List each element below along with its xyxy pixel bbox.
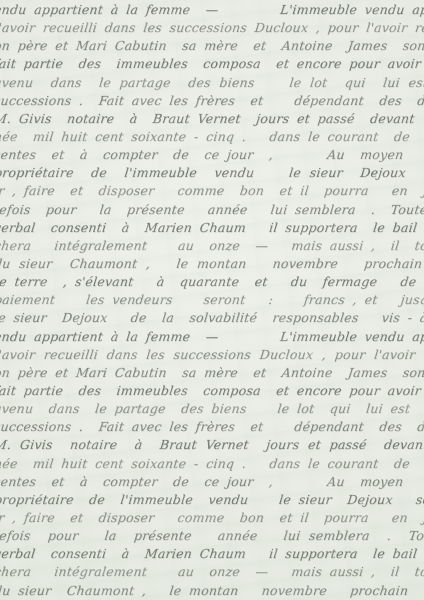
manuscript-line: fait partie des immeubles composa et enc… [0, 55, 424, 73]
manuscript-line: ir , faire et disposer comme bon et il p… [0, 182, 424, 200]
manuscript-line: du sieur Chaumont , le montan novembre p… [0, 255, 424, 273]
manuscript-text: endu appartient à la femme — L'immeuble … [0, 1, 424, 600]
manuscript-line: l'avoir recueilli dans les successions D… [0, 19, 424, 37]
manuscript-line: chera intégralement au onze — mais aussi… [0, 563, 424, 581]
manuscript-line: avenu dans le partage des biens le lot q… [0, 400, 424, 418]
manuscript-line: successions . Fait avec les frères et dé… [0, 418, 424, 436]
manuscript-line: te terre , s'élevant à quarante et du fe… [0, 273, 424, 291]
manuscript-line: on père et Mari Cabutin sa mère et Antoi… [0, 37, 424, 55]
manuscript-line: verbal consenti à Marien Chaum il suppor… [0, 545, 424, 563]
manuscript-line: chera intégralement au onze — mais aussi… [0, 237, 424, 255]
manuscript-line: l'avoir recueilli dans les successions D… [0, 346, 424, 364]
manuscript-line: sentes et à compter de ce jour , Au moye… [0, 473, 424, 491]
manuscript-line: née mil huit cent soixante - cinq . dans… [0, 455, 424, 473]
manuscript-line: ir , faire et disposer comme bon et il p… [0, 509, 424, 527]
manuscript-line: avenu dans le partage des biens le lot q… [0, 74, 424, 92]
manuscript-line: successions . Fait avec les frères et dé… [0, 92, 424, 110]
manuscript-line: du sieur Chaumont , le montan novembre p… [0, 582, 424, 600]
manuscript-line: tefois pour la présente année lui semble… [0, 527, 424, 545]
manuscript-line: on père et Mari Cabutin sa mère et Antoi… [0, 364, 424, 382]
manuscript-line: le sieur Dejoux de la solvabilité respon… [0, 309, 424, 327]
manuscript-line: endu appartient à la femme — L'immeuble … [0, 328, 424, 346]
manuscript-line: sentes et à compter de ce jour , Au moye… [0, 146, 424, 164]
manuscript-page: endu appartient à la femme — L'immeuble … [0, 0, 424, 600]
manuscript-line: fait partie des immeubles composa et enc… [0, 382, 424, 400]
manuscript-line: née mil huit cent soixante - cinq . dans… [0, 128, 424, 146]
manuscript-line: tefois pour la présente année lui semble… [0, 201, 424, 219]
manuscript-line: endu appartient à la femme — L'immeuble … [0, 1, 424, 19]
manuscript-line: paiement les vendeurs seront : francs , … [0, 291, 424, 309]
manuscript-line: propriétaire de l'immeuble vendu le sieu… [0, 164, 424, 182]
manuscript-line: propriétaire de l'immeuble vendu le sieu… [0, 491, 424, 509]
manuscript-line: M. Givis notaire à Braut Vernet jours et… [0, 436, 424, 454]
manuscript-line: M. Givis notaire à Braut Vernet jours et… [0, 110, 424, 128]
manuscript-line: verbal consenti à Marien Chaum il suppor… [0, 219, 424, 237]
